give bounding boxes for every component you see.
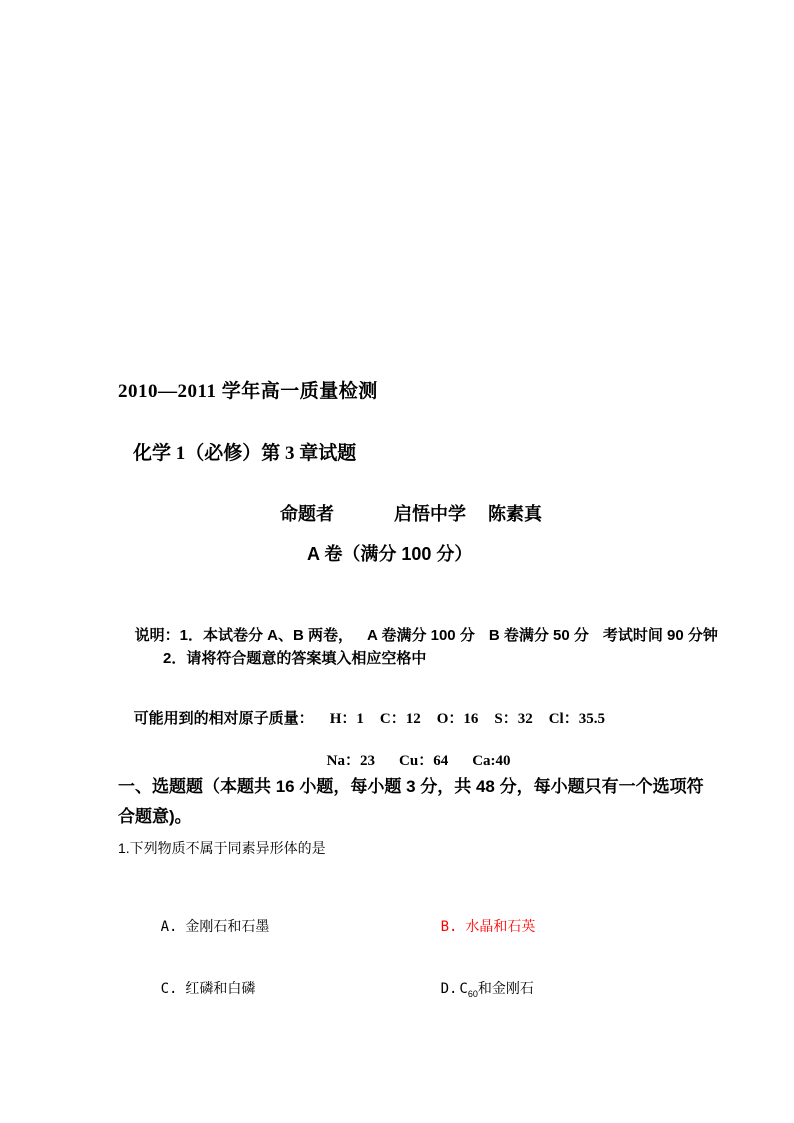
option-d-formula-base: C <box>459 981 467 997</box>
volume-a-heading: A 卷（满分 100 分） <box>307 540 472 566</box>
instruction-line-2: 2．请将符合题意的答案填入相应空格中 <box>163 647 426 668</box>
atomic-mass-Cu: Cu：64 <box>399 753 448 769</box>
atomic-mass-C: C：12 <box>380 711 421 727</box>
question-1-option-b: B.水晶和石英 <box>425 900 535 952</box>
option-c-label: C. <box>161 981 178 997</box>
option-d-formula-subscript: 60 <box>468 989 478 999</box>
atomic-mass-Cl: Cl：35.5 <box>549 711 605 727</box>
atomic-mass-H: H：1 <box>330 711 364 727</box>
option-d-text: 和金刚石 <box>478 980 534 996</box>
question-1-option-c: C.红磷和白磷 <box>145 962 255 1014</box>
exam-paper-page: 2010—2011 学年高一质量检测 化学 1（必修）第 3 章试题 命题者启悟… <box>0 0 794 1123</box>
question-1-option-a: A.金刚石和石墨 <box>145 900 269 952</box>
instruction-1-a-volume-score: A 卷满分 100 分 <box>367 627 475 644</box>
instruction-1-b-volume-score: B 卷满分 50 分 <box>489 627 589 644</box>
author-school: 启悟中学 <box>394 504 466 524</box>
option-d-label: D. <box>441 981 458 997</box>
author-name: 陈素真 <box>488 504 542 524</box>
section-one-heading-line-2: 合题意)。 <box>118 802 192 827</box>
author-role: 命题者 <box>280 504 334 524</box>
option-c-text: 红磷和白磷 <box>185 980 255 996</box>
atomic-mass-Ca: Ca:40 <box>472 753 510 769</box>
atomic-mass-S: S：32 <box>494 711 532 727</box>
atomic-mass-O: O：16 <box>437 711 479 727</box>
instruction-1-prefix: 说明：1．本试卷分 A、B 两卷， <box>135 627 353 644</box>
question-1-option-d: D.C60和金刚石 <box>425 962 534 1014</box>
option-b-label: B. <box>441 919 458 935</box>
option-b-text: 水晶和石英 <box>465 918 535 934</box>
question-1-stem: 1.下列物质不属于同素异形体的是 <box>118 838 326 858</box>
atomic-mass-label: 可能用到的相对原子质量： <box>134 710 314 727</box>
exam-title: 2010—2011 学年高一质量检测 <box>118 376 378 403</box>
author-line: 命题者启悟中学陈素真 <box>260 479 542 547</box>
instruction-1-exam-time: 考试时间 90 分钟 <box>603 627 718 644</box>
option-a-label: A. <box>161 919 178 935</box>
exam-subtitle: 化学 1（必修）第 3 章试题 <box>133 438 356 465</box>
atomic-mass-Na: Na：23 <box>327 753 375 769</box>
option-a-text: 金刚石和石墨 <box>185 918 269 934</box>
section-one-heading-line-1: 一、选题题（本题共 16 小题，每小题 3 分，共 48 分，每小题只有一个选项… <box>118 772 704 797</box>
